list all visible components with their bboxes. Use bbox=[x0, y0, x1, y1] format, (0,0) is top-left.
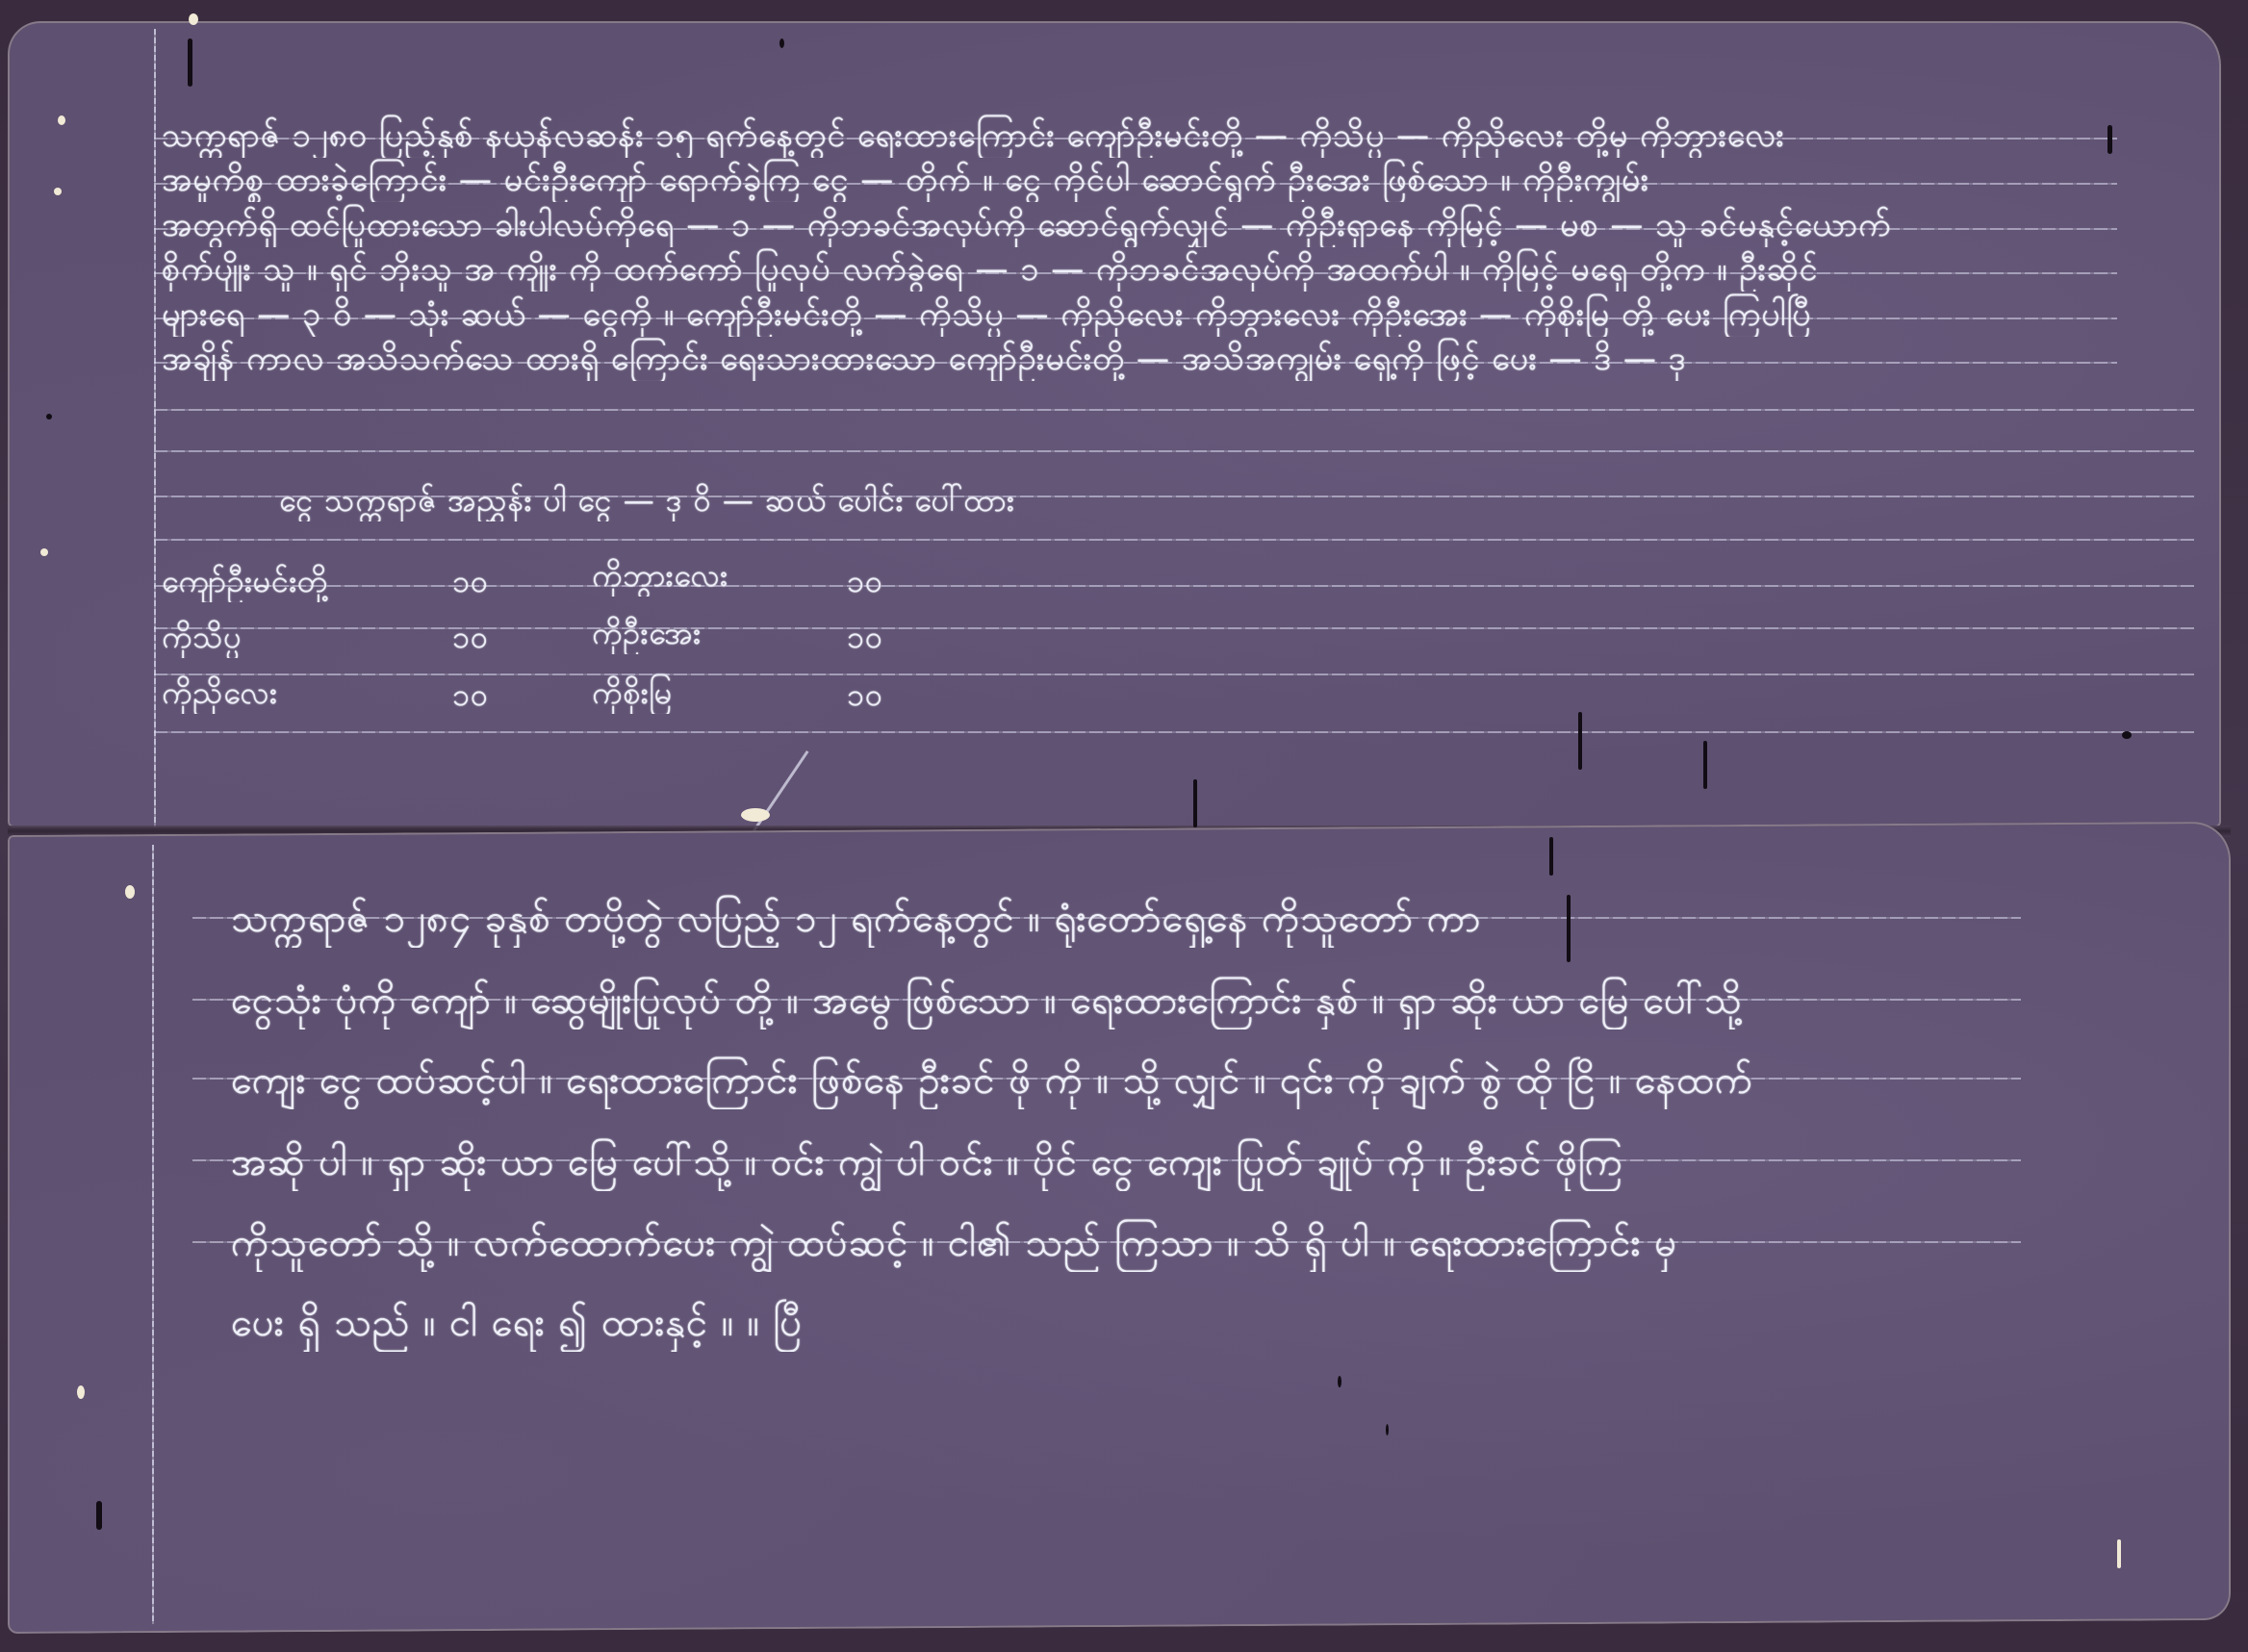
lower-text-line: ပေး ရှိ သည် ။ ငါ ရေး ၍ ထားနှင့် ။ ။ ပြီ bbox=[231, 1294, 2059, 1352]
upper-text-line: များရေ — ၃ ဝိ — သုံး ဆယ် — ငွေကို ။ ကျော… bbox=[162, 292, 2125, 337]
ruling-line bbox=[154, 409, 2194, 411]
row-right-name: ကိုစိုးမြ bbox=[592, 672, 861, 714]
row-left-amount: ၁၀ bbox=[452, 616, 529, 658]
lower-text-line: ကိုသူတော် သို့ ။ လက်ထောက်ပေး ကျွဲ ထပ်ဆင့… bbox=[231, 1214, 2059, 1272]
row-left-name: ကိုသိပ္ပ bbox=[162, 616, 450, 658]
row-right-amount: ၁၀ bbox=[847, 674, 924, 716]
lower-text-line: သက္ကရာဇ် ၁၂၈၄ ခုနှစ် တပို့တွဲ လပြည့် ၁၂ … bbox=[231, 890, 2059, 948]
lower-text-line: ကျေး ငွေ ထပ်ဆင့်ပါ ။ ရေးထားကြောင်း ဖြစ်န… bbox=[231, 1052, 2059, 1109]
upper-text-line: အမှုကိစ္စ ထားခဲ့ကြောင်း — မင်းဦးကျော် ရေ… bbox=[162, 158, 2125, 202]
row-left-name: ကိုညိုလေး bbox=[162, 672, 450, 714]
upper-text-line: စိုက်ပျိုး သူ ။ ရှင် ဘိုးသူ အ ကျိုး ကို … bbox=[162, 247, 2125, 292]
ruling-line bbox=[154, 539, 2194, 541]
upper-text-line: သက္ကရာဇ် ၁၂၈၀ ပြည့်နှစ် နယုန်လဆန်း ၁၅ ရက… bbox=[162, 114, 2125, 158]
upper-text-line: အတွက်ရှိ ထင်ပြုထားသော ခါးပါလပ်ကိုရေ — ၁ … bbox=[162, 203, 2125, 247]
lower-left-margin-rule bbox=[152, 845, 154, 1624]
row-right-name: ကိုဦးအေး bbox=[592, 612, 861, 654]
ruling-line bbox=[154, 450, 2194, 452]
upper-left-margin-rule bbox=[154, 29, 156, 827]
table-heading: ငွေ သက္ကရာဇ် အညွှန်း ပါ ငွေ — ဒု ဝိ — ဆယ… bbox=[279, 479, 1145, 521]
lower-text-line: ငွေသုံး ပုံကို ကျော် ။ ဆွေမျိုးပြုလုပ် တ… bbox=[231, 972, 2059, 1029]
lower-text-line: အဆို ပါ ။ ရှာ ဆိုး ယာ မြေ ပေါ်သို့ ။ ဝင်… bbox=[231, 1133, 2059, 1191]
row-left-amount: ၁၀ bbox=[452, 560, 529, 602]
row-left-amount: ၁၀ bbox=[452, 674, 529, 716]
row-right-amount: ၁၀ bbox=[847, 560, 924, 602]
ruling-line bbox=[154, 731, 2194, 733]
row-right-amount: ၁၀ bbox=[847, 616, 924, 658]
ruling-line bbox=[154, 674, 2194, 675]
row-left-name: ကျော်ဦးမင်းတို့ bbox=[162, 560, 450, 602]
upper-text-line: အချိန် ကာလ အသိသက်သေ ထားရှိ ကြောင်း ရေးသာ… bbox=[162, 337, 2125, 381]
row-right-name: ကိုဘွားလေး bbox=[592, 554, 861, 597]
